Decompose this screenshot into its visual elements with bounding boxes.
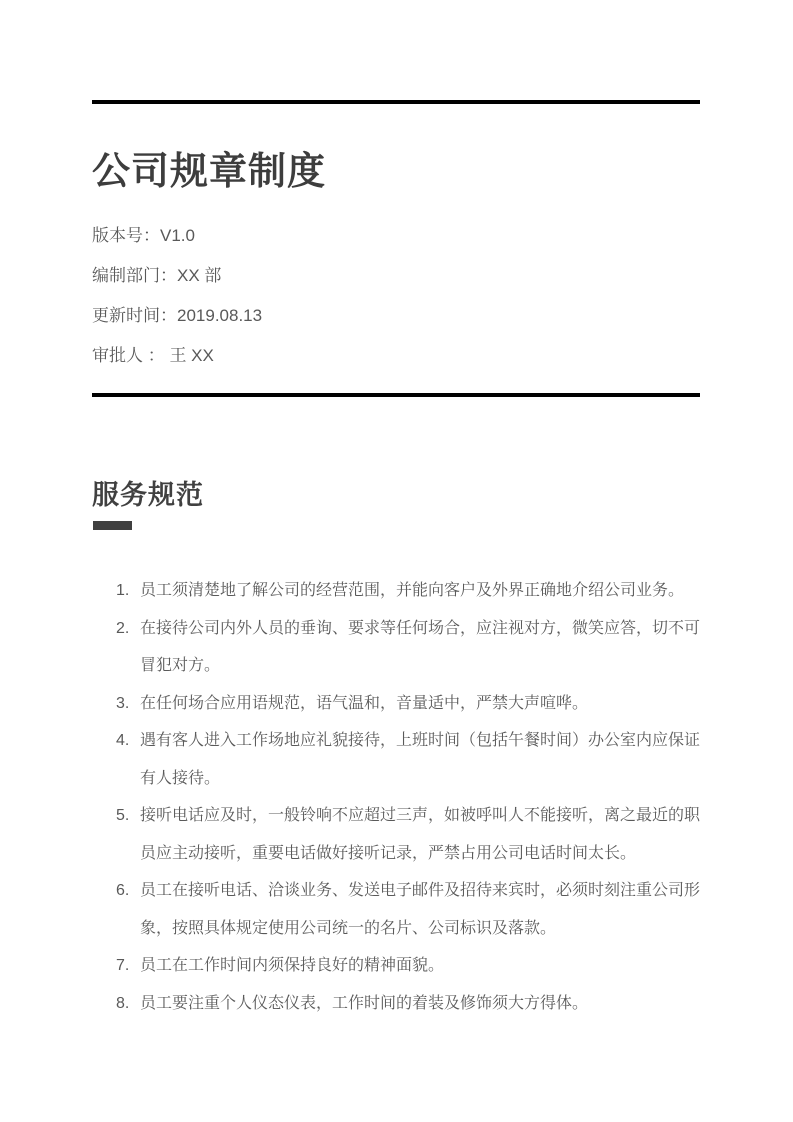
document-content: 公司规章制度 版本号：V1.0 编制部门：XX 部 更新时间：2019.08.1…	[92, 100, 700, 1022]
list-item-text: 员工要注重个人仪态仪表，工作时间的着装及修饰须大方得体。	[140, 995, 588, 1012]
list-item-number: 5.	[116, 797, 129, 835]
list-item-text: 遇有客人进入工作场地应礼貌接待，上班时间（包括午餐时间）办公室内应保证有人接待。	[140, 732, 700, 787]
list-item-number: 8.	[116, 985, 129, 1023]
meta-line: 版本号：V1.0	[92, 216, 700, 256]
list-item-text: 接听电话应及时，一般铃响不应超过三声，如被呼叫人不能接听，离之最近的职员应主动接…	[140, 807, 700, 862]
list-item-number: 7.	[116, 947, 129, 985]
list-item-number: 6.	[116, 872, 129, 910]
list-item: 7. 员工在工作时间内须保持良好的精神面貌。	[92, 947, 700, 985]
list-item: 6. 员工在接听电话、洽谈业务、发送电子邮件及招待来宾时，必须时刻注重公司形象，…	[92, 872, 700, 947]
list-item: 2. 在接待公司内外人员的垂询、要求等任何场合，应注视对方，微笑应答，切不可冒犯…	[92, 610, 700, 685]
list-item-number: 1.	[116, 572, 129, 610]
list-item: 1. 员工须清楚地了解公司的经营范围，并能向客户及外界正确地介绍公司业务。	[92, 572, 700, 610]
section-heading: 服务规范	[92, 477, 700, 513]
list-item-text: 员工在工作时间内须保持良好的精神面貌。	[140, 957, 444, 974]
meta-line: 更新时间：2019.08.13	[92, 296, 700, 336]
list-item-text: 员工须清楚地了解公司的经营范围，并能向客户及外界正确地介绍公司业务。	[140, 582, 684, 599]
bottom-rule	[92, 393, 700, 397]
list-item: 8. 员工要注重个人仪态仪表，工作时间的着装及修饰须大方得体。	[92, 985, 700, 1023]
document-title: 公司规章制度	[92, 148, 700, 196]
list-item-text: 在任何场合应用语规范，语气温和，音量适中，严禁大声喧哗。	[140, 695, 588, 712]
list-item: 3. 在任何场合应用语规范，语气温和，音量适中，严禁大声喧哗。	[92, 685, 700, 723]
heading-accent-bar	[93, 521, 132, 530]
meta-line: 审批人 ： 王 XX	[92, 336, 700, 376]
list-item-number: 2.	[116, 610, 129, 648]
rules-list: 1. 员工须清楚地了解公司的经营范围，并能向客户及外界正确地介绍公司业务。 2.…	[92, 572, 700, 1022]
list-item: 5. 接听电话应及时，一般铃响不应超过三声，如被呼叫人不能接听，离之最近的职员应…	[92, 797, 700, 872]
list-item-number: 3.	[116, 685, 129, 723]
list-item-text: 员工在接听电话、洽谈业务、发送电子邮件及招待来宾时，必须时刻注重公司形象，按照具…	[140, 882, 700, 937]
top-rule	[92, 100, 700, 104]
document-page: 公司规章制度 版本号：V1.0 编制部门：XX 部 更新时间：2019.08.1…	[0, 0, 793, 1122]
list-item-text: 在接待公司内外人员的垂询、要求等任何场合，应注视对方，微笑应答，切不可冒犯对方。	[140, 620, 700, 675]
document-meta: 版本号：V1.0 编制部门：XX 部 更新时间：2019.08.13 审批人 ：…	[92, 216, 700, 376]
list-item-number: 4.	[116, 722, 129, 760]
meta-line: 编制部门：XX 部	[92, 256, 700, 296]
list-item: 4. 遇有客人进入工作场地应礼貌接待，上班时间（包括午餐时间）办公室内应保证有人…	[92, 722, 700, 797]
